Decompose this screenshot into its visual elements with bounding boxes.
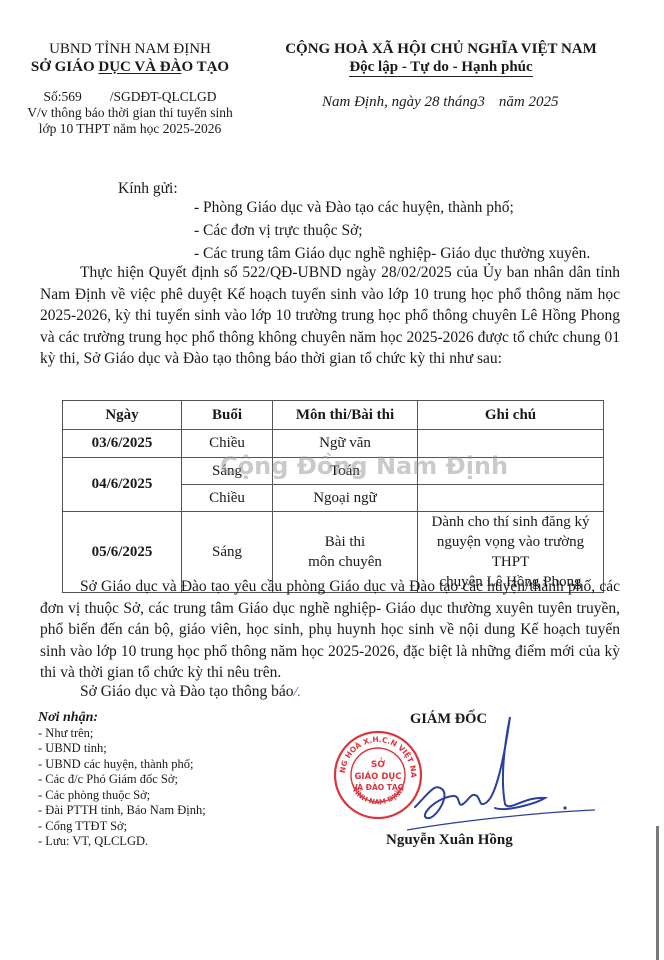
recipients-title: Nơi nhận: — [38, 710, 206, 726]
column-header: Ghi chú — [418, 401, 604, 430]
recipient-item: - Lưu: VT, QLCLGD. — [38, 834, 206, 850]
recipient-item: - Cổng TTĐT Sở; — [38, 819, 206, 835]
document-date: Nam Định, ngày 28 tháng3năm 2025 — [322, 94, 559, 111]
recipient-item: - Như trên; — [38, 726, 206, 742]
motto: Độc lập - Tự do - Hạnh phúc — [276, 58, 606, 76]
svg-text:GIÁO DỤC: GIÁO DỤC — [354, 770, 401, 782]
department-name: SỞ GIÁO DỤC VÀ ĐÀO TẠO — [0, 58, 260, 76]
column-header: Buổi — [182, 401, 273, 430]
document-number: Số:569/SGDĐT-QLCLGD — [0, 88, 260, 105]
handwritten-signature-icon — [405, 712, 595, 842]
svg-text:SỞ: SỞ — [371, 757, 385, 770]
recipient-item: - Các đ/c Phó Giám đốc Sở; — [38, 772, 206, 788]
body-paragraph-1: Thực hiện Quyết định số 522/QĐ-UBND ngày… — [40, 262, 620, 370]
edge-artifact — [656, 826, 659, 960]
addressee-item: - Các đơn vị trực thuộc Sở; — [194, 219, 590, 242]
nation-title: CỘNG HOÀ XÃ HỘI CHỦ NGHĨA VIỆT NAM — [276, 40, 606, 58]
recipient-item: - Các phòng thuộc Sở; — [38, 788, 206, 804]
closing-line: Sở Giáo dục và Đào tạo thông báo/. — [80, 683, 301, 701]
recipient-item: - UBND tỉnh; — [38, 741, 206, 757]
session-cell: Chiều — [182, 485, 273, 512]
document-subject-line2: lớp 10 THPT năm học 2025-2026 — [0, 121, 260, 137]
subject-cell: Ngoại ngữ — [273, 485, 418, 512]
initial-mark: /. — [294, 685, 301, 700]
addressee-item: - Phòng Giáo dục và Đào tạo các huyện, t… — [194, 196, 590, 219]
authority-name: UBND TỈNH NAM ĐỊNH — [0, 40, 260, 58]
document-subject-line1: V/v thông báo thời gian thi tuyển sinh — [0, 105, 260, 121]
recipients-block: Nơi nhận: - Như trên; - UBND tỉnh; - UBN… — [38, 710, 206, 850]
column-header: Ngày — [63, 401, 182, 430]
date-cell: 03/6/2025 — [63, 430, 182, 458]
signer-name: Nguyễn Xuân Hồng — [386, 832, 513, 849]
svg-text:VÀ ĐÀO TẠO: VÀ ĐÀO TẠO — [352, 783, 404, 792]
note-cell — [418, 485, 604, 512]
watermark-text: Cộng Đồng Nam Định — [220, 452, 508, 480]
date-cell: 04/6/2025 — [63, 458, 182, 512]
recipient-item: - UBND các huyện, thành phố; — [38, 757, 206, 773]
exam-schedule-table: Ngày Buổi Môn thi/Bài thi Ghi chú 03/6/2… — [62, 400, 604, 593]
column-header: Môn thi/Bài thi — [273, 401, 418, 430]
table-header-row: Ngày Buổi Môn thi/Bài thi Ghi chú — [63, 401, 604, 430]
national-header: CỘNG HOÀ XÃ HỘI CHỦ NGHĨA VIỆT NAM Độc l… — [276, 40, 606, 76]
body-paragraph-2: Sở Giáo dục và Đào tạo yêu cầu phòng Giá… — [40, 576, 620, 684]
recipient-item: - Đài PTTH tỉnh, Báo Nam Định; — [38, 803, 206, 819]
issuer-header: UBND TỈNH NAM ĐỊNH SỞ GIÁO DỤC VÀ ĐÀO TẠ… — [0, 40, 260, 137]
addressee-list: - Phòng Giáo dục và Đào tạo các huyện, t… — [194, 196, 590, 265]
greeting-label: Kính gửi: — [118, 180, 178, 198]
